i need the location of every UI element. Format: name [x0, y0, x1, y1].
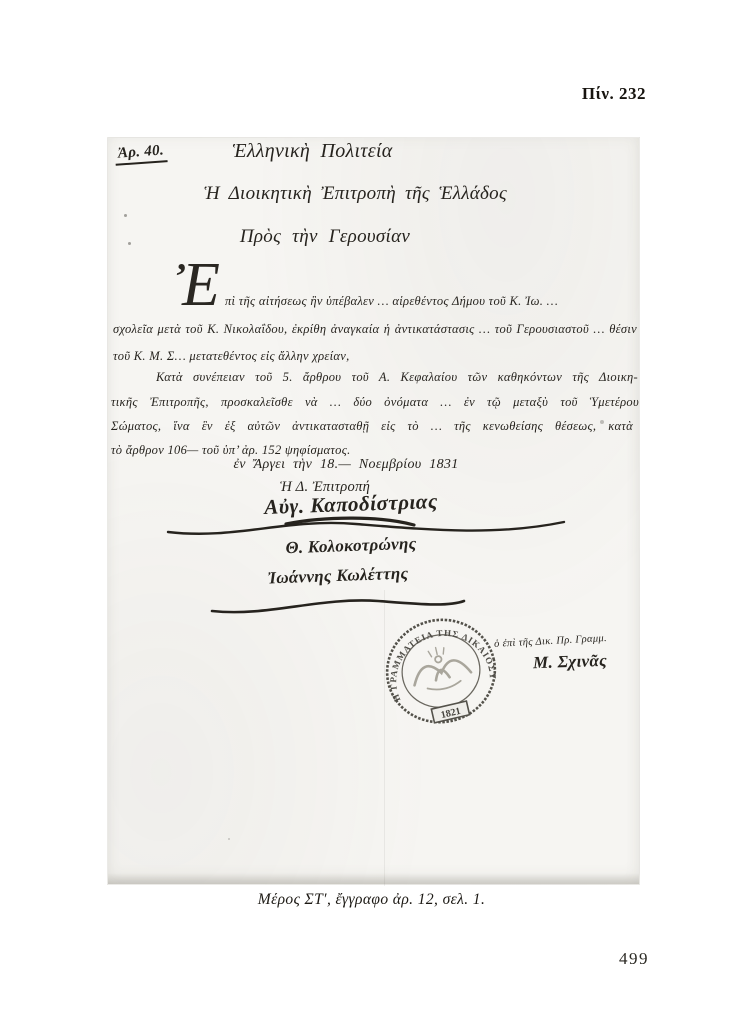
page-number: 499 [619, 949, 649, 969]
docket-number: Ἀρ. 40. [114, 142, 167, 166]
seal-ring-text: Η ΓΡΑΜΜΑΤΕΙΑ ΤΗΣ ΔΙΚΑΙΟΣΥΝΗΣ [373, 606, 499, 706]
heading-state: Ἑλληνικὴ Πολιτεία [170, 140, 455, 163]
secretary-signature: Μ. Σχινᾶς [504, 650, 637, 675]
signature-kolokotronis: Θ. Κολοκοτρώνης [246, 532, 457, 559]
heading-addressee: Πρὸς τὴν Γερουσίαν [180, 226, 470, 248]
figure-caption: Μέρος ΣΤ′, ἔγγραφο ἀρ. 12, σελ. 1. [0, 891, 743, 909]
body-line: Κατὰ συνέπειαν τοῦ 5. ἄρθρου τοῦ Α. Κεφα… [156, 370, 638, 387]
signature-flourish [208, 593, 468, 617]
dateline: ἐν Ἄργει τὴν 18.— Νοεμβρίου 1831 [196, 457, 496, 473]
body-line: τικῆς Ἐπιτροπῆς, προσκαλεῖσθε νὰ … δύο ὀ… [111, 395, 639, 412]
body-line: τὸ ἄρθρον 106— τοῦ ὑπ’ ἀρ. 152 ψηφίσματο… [111, 443, 373, 458]
scan-edge-shadow [108, 873, 639, 884]
book-page: Πίν. 232 Ἀρ. 40. Ἑλληνικὴ Πολιτεία Ἡ Διο… [0, 0, 743, 1027]
ink-speck [128, 242, 131, 245]
calligraphic-initial: Ἐ [176, 254, 220, 316]
ink-speck [228, 838, 230, 840]
signature-kolettis: Ἰωάννης Κωλέττης [223, 562, 454, 590]
heading-committee: Ἡ Διοικητικὴ Ἐπιτροπὴ τῆς Ἑλλάδος [168, 183, 543, 205]
ink-speck [124, 214, 127, 217]
document-scan: Ἀρ. 40. Ἑλληνικὴ Πολιτεία Ἡ Διοικητικὴ Ἐ… [107, 137, 640, 885]
body-line: τοῦ Κ. Μ. Σ… μετατεθέντος εἰς ἄλλην χρεί… [113, 349, 393, 364]
phoenix-icon [407, 641, 473, 695]
secretary-note: ὁ ἐπὶ τῆς Δικ. Πρ. Γραμμ. [494, 631, 642, 650]
official-seal: Η ΓΡΑΜΜΑΤΕΙΑ ΤΗΣ ΔΙΚΑΙΟΣΥΝΗΣ 1821 [373, 606, 508, 737]
body-line: Σώματος, ἵνα ἓν ἐξ αὐτῶν ἀντικατασταθῇ ε… [111, 419, 633, 436]
svg-text:Η ΓΡΑΜΜΑΤΕΙΑ ΤΗΣ ΔΙΚΑΙΟΣΥΝΗΣ: Η ΓΡΑΜΜΑΤΕΙΑ ΤΗΣ ΔΙΚΑΙΟΣΥΝΗΣ [373, 606, 499, 706]
seal-graphic: Η ΓΡΑΜΜΑΤΕΙΑ ΤΗΣ ΔΙΚΑΙΟΣΥΝΗΣ 1821 [373, 606, 508, 737]
body-line: σχολεῖα μετὰ τοῦ Κ. Νικολαΐδου, ἐκρίθη ἀ… [113, 322, 637, 339]
plate-label: Πίν. 232 [582, 84, 646, 104]
body-line: πὶ τῆς αἰτήσεως ἣν ὑπέβαλεν … αἱρεθέντος… [225, 294, 637, 309]
